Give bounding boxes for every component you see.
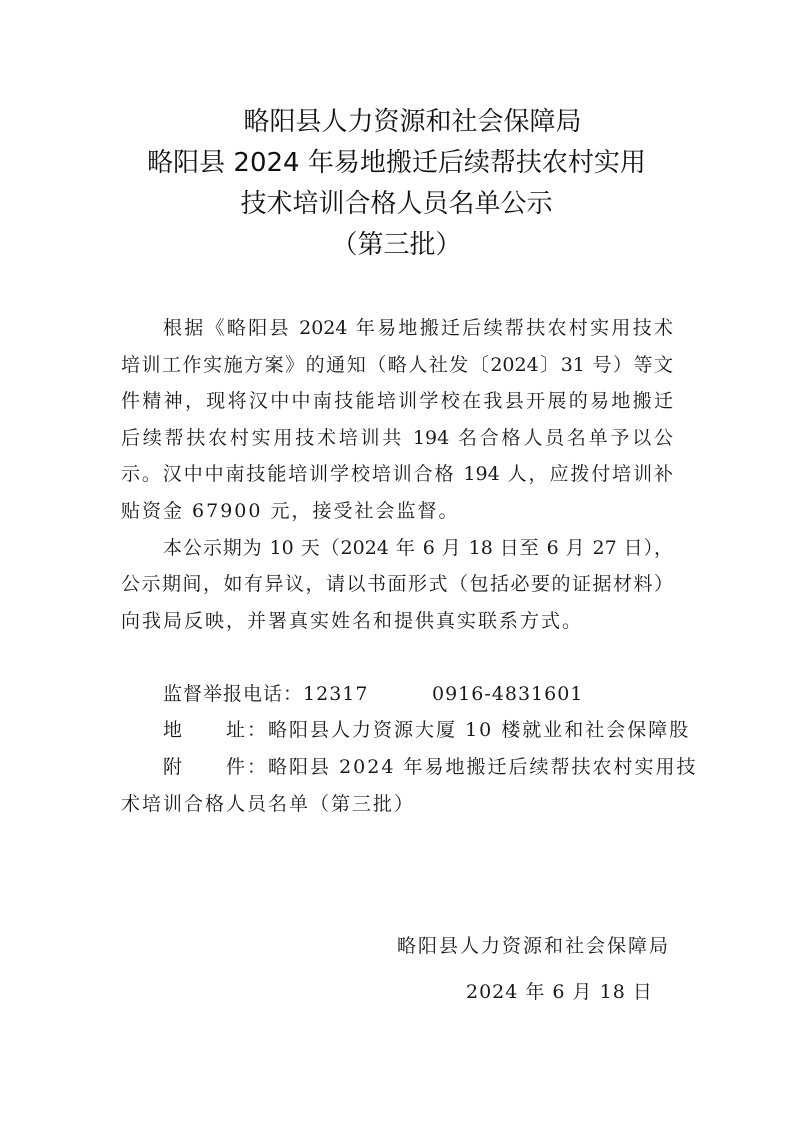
hotline-number-2: 0916-4831601 xyxy=(432,682,583,706)
body-line: 根据《略阳县 2024 年易地搬迁后续帮扶农村实用技术 xyxy=(163,316,673,340)
signature-date: 2024 年 6 月 18 日 xyxy=(466,980,653,1004)
address-value: 略阳县人力资源大厦 10 楼就业和社会保障股 xyxy=(268,719,690,741)
attachment-row: 附件：略阳县 2024 年易地搬迁后续帮扶农村实用技 xyxy=(163,755,697,779)
body-line: 本公示期为 10 天（2024 年 6 月 18 日至 6 月 27 日）， xyxy=(163,536,673,560)
attachment-label-a: 附 xyxy=(163,756,184,778)
body-line: 示。汉中中南技能培训学校培训合格 194 人，应拨付培训补 xyxy=(121,462,673,486)
attachment-value-continued: 术培训合格人员名单（第三批） xyxy=(121,792,415,816)
batch-label: （第三批） xyxy=(0,227,793,263)
address-label-a: 地 xyxy=(163,719,184,741)
attachment-label-b: 件： xyxy=(226,756,268,778)
hotline-row: 监督举报电话：12317 xyxy=(163,682,368,706)
address-row: 地址：略阳县人力资源大厦 10 楼就业和社会保障股 xyxy=(163,718,690,742)
attachment-value: 略阳县 2024 年易地搬迁后续帮扶农村实用技 xyxy=(268,756,697,778)
body-line: 贴资金 67900 元，接受社会监督。 xyxy=(121,499,673,523)
hotline-label: 监督举报电话： xyxy=(163,683,303,705)
address-label-b: 址： xyxy=(226,719,268,741)
body-line: 后续帮扶农村实用技术培训共 194 名合格人员名单予以公 xyxy=(121,426,673,450)
signature-org: 略阳县人力资源和社会保障局 xyxy=(397,934,670,958)
issuer-title: 略阳县人力资源和社会保障局 xyxy=(16,104,793,140)
body-line: 件精神，现将汉中中南技能培训学校在我县开展的易地搬迁 xyxy=(121,389,673,413)
body-line: 公示期间，如有异议，请以书面形式（包括必要的证据材料） xyxy=(121,572,673,596)
notice-title-line2: 技术培训合格人员名单公示 xyxy=(0,186,793,222)
body-line: 向我局反映，并署真实姓名和提供真实联系方式。 xyxy=(121,609,673,633)
notice-title-line1: 略阳县 2024 年易地搬迁后续帮扶农村实用 xyxy=(0,145,793,181)
body-line: 培训工作实施方案》的通知（略人社发〔2024〕31 号）等文 xyxy=(121,353,673,377)
hotline-number-1: 12317 xyxy=(303,683,368,705)
